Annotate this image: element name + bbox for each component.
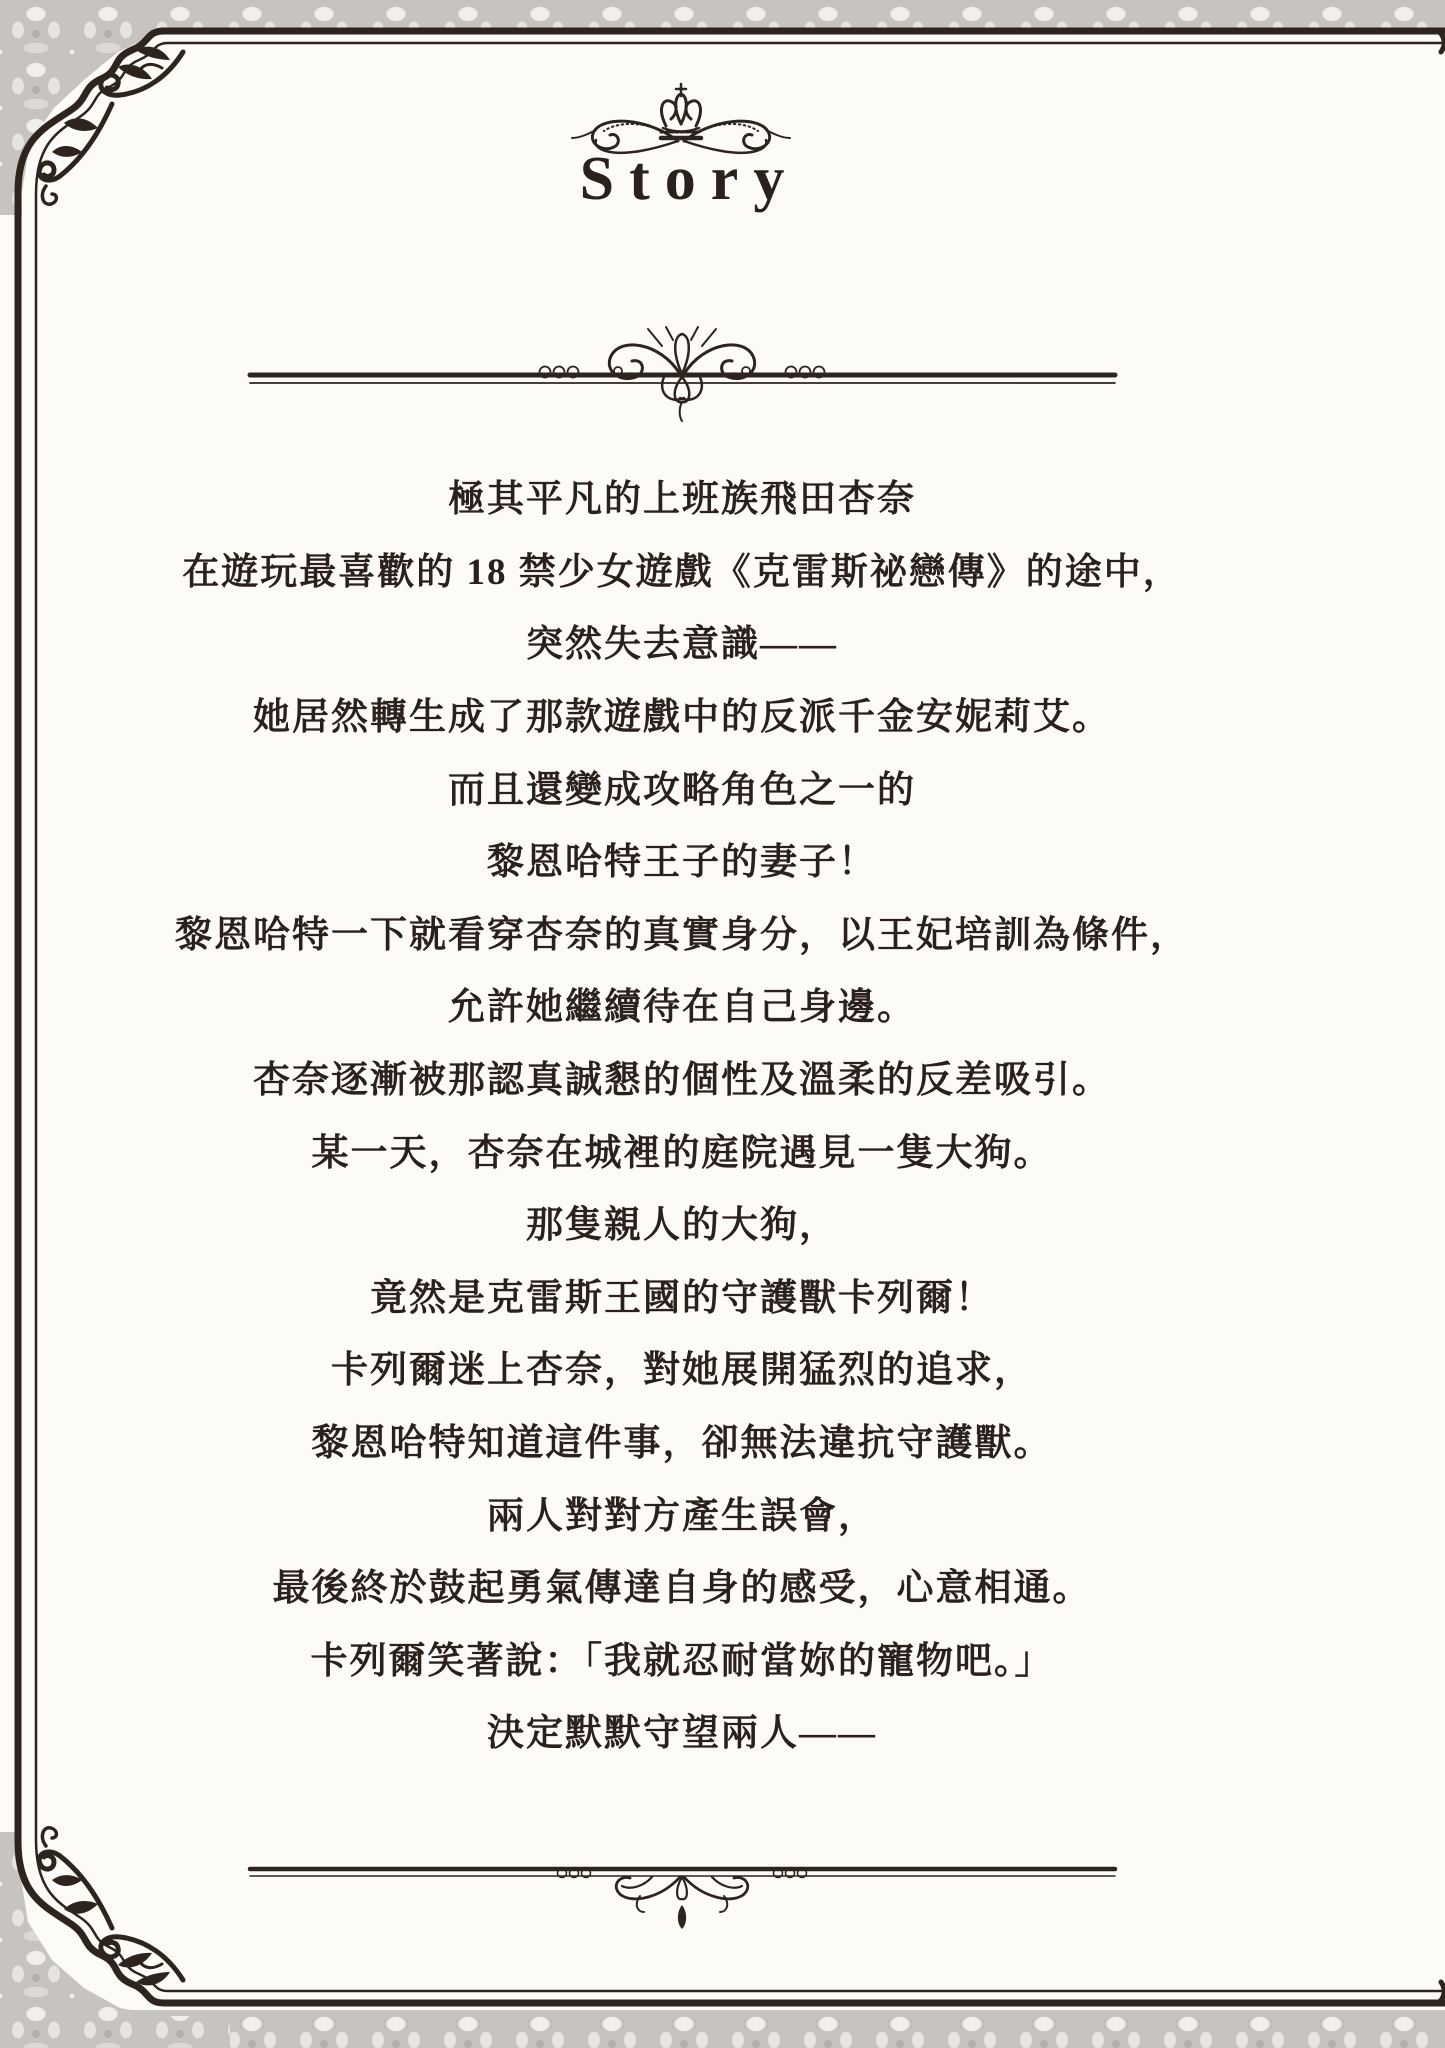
story-line: 黎恩哈特一下就看穿杏奈的真實身分，以王妃培訓為條件，	[62, 895, 1302, 968]
story-line: 允許她繼續待在自己身邊。	[62, 967, 1302, 1040]
story-line: 杏奈逐漸被那認真誠懇的個性及溫柔的反差吸引。	[62, 1040, 1302, 1113]
story-line: 在遊玩最喜歡的 18 禁少女遊戲《克雷斯祕戀傳》的途中，	[62, 532, 1302, 605]
divider-bottom	[250, 1869, 1115, 1930]
crown-icon	[661, 84, 701, 138]
corner-flourish-bottom-left	[39, 1828, 183, 1986]
divider-top	[250, 327, 1115, 421]
story-text-block: 極其平凡的上班族飛田杏奈 在遊玩最喜歡的 18 禁少女遊戲《克雷斯祕戀傳》的途中…	[62, 459, 1302, 1766]
story-line: 決定默默守望兩人——	[62, 1693, 1302, 1766]
story-line: 兩人對對方產生誤會，	[62, 1475, 1302, 1548]
book-page: Story 極其平凡的上班族飛田杏奈 在遊玩最喜歡的 18 禁少女遊戲《克雷斯祕…	[0, 0, 1445, 2048]
story-line: 最後終於鼓起勇氣傳達自身的感受，心意相通。	[62, 1548, 1302, 1621]
story-line: 黎恩哈特知道這件事，卻無法違抗守護獸。	[62, 1403, 1302, 1476]
story-line: 突然失去意識——	[62, 604, 1302, 677]
frame-edge-hook-top	[1438, 31, 1444, 52]
story-line: 竟然是克雷斯王國的守護獸卡列爾！	[62, 1258, 1302, 1331]
page-title: Story	[62, 146, 1302, 212]
story-line: 卡列爾笑著說：「我就忍耐當妳的寵物吧。」	[62, 1621, 1302, 1694]
story-line: 她居然轉生成了那款遊戲中的反派千金安妮莉艾。	[62, 677, 1302, 750]
story-line: 而且還變成攻略角色之一的	[62, 749, 1302, 822]
frame-edge-hook-bottom	[1438, 1982, 1444, 2003]
story-line: 極其平凡的上班族飛田杏奈	[62, 459, 1302, 532]
story-line: 卡列爾迷上杏奈，對她展開猛烈的追求，	[62, 1330, 1302, 1403]
story-line: 那隻親人的大狗，	[62, 1185, 1302, 1258]
damask-top-border	[0, 0, 1445, 30]
story-line: 某一天，杏奈在城裡的庭院遇見一隻大狗。	[62, 1112, 1302, 1185]
story-line: 黎恩哈特王子的妻子！	[62, 822, 1302, 895]
